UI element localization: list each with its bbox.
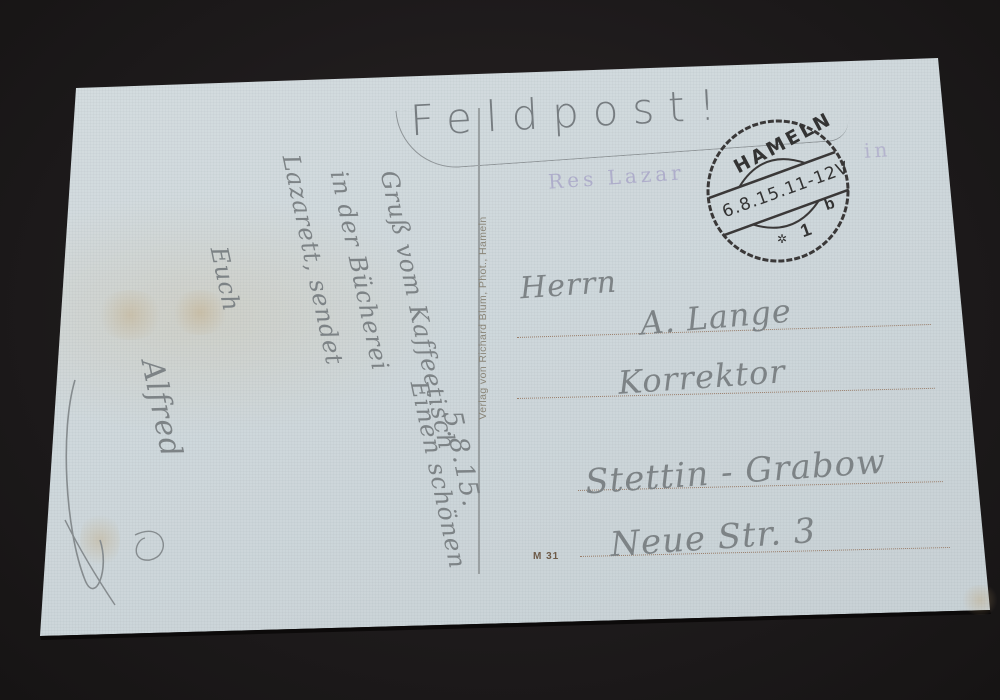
signature-flourish-icon (55, 370, 195, 620)
age-stain (960, 585, 1000, 615)
card-code: M 31 (533, 551, 559, 562)
address-salutation: Herrn (519, 265, 618, 307)
postmark-star-icon: ✲ (777, 232, 787, 246)
publisher-imprint: Verlag von Richard Blum, Phot., Hameln (477, 216, 489, 419)
age-stain (95, 290, 165, 340)
unit-stamp-right: in (863, 137, 892, 163)
hameln-postmark: HAMELN 6.8.15.11-12V 1 b ✲ (703, 116, 853, 266)
